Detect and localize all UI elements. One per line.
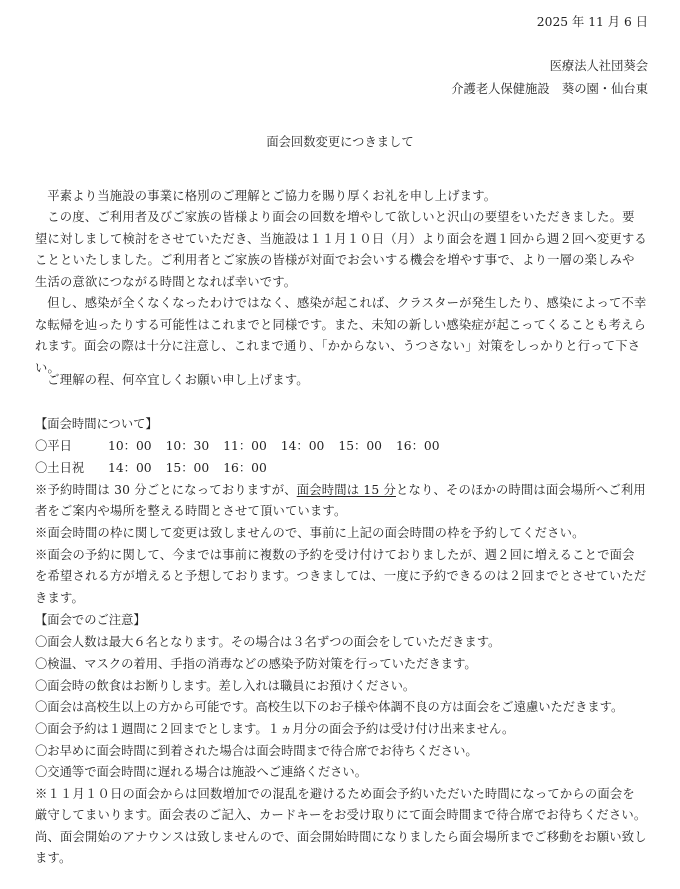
precaution-item: 〇検温、マスクの着用、手指の消毒などの感染予防対策を行っていただきます。 <box>35 654 647 674</box>
reservation-limit-note: ※面会の予約に関して、今までは事前に複数の予約を受け付けておりましたが、週２回に… <box>35 545 647 609</box>
precaution-item: 〇面会予約は１週間に２回までとします。１ヵ月分の面会予約は受け付け出来ません。 <box>35 719 647 739</box>
time-slot: 15：00 <box>166 458 210 478</box>
organization-name: 医療法人社団葵会 <box>550 56 648 74</box>
infection-caution-paragraph: 但し、感染が全くなくなったわけではなく、感染が起これば、クラスターが発生したり、… <box>35 293 647 379</box>
precaution-item: 〇交通等で面会時間に遅れる場合は施設へご連絡ください。 <box>35 762 647 782</box>
schedule-weekday: 〇平日 10：00 10：30 11：00 14：00 15：00 16：00 <box>35 436 647 456</box>
note-text: ※予約時間は 30 分ごとになっておりますが、 <box>35 483 297 497</box>
precautions-heading: 【面会でのご注意】 <box>35 610 647 630</box>
precaution-item: 〇面会時の飲食はお断りします。差し入れは職員にお預けください。 <box>35 676 647 696</box>
underlined-duration: 面会時間は 15 分 <box>297 483 396 497</box>
closing-paragraph: ご理解の程、何卒宜しくお願い申し上げます。 <box>35 370 647 392</box>
document-date: 2025 年 11 月 6 日 <box>537 12 648 30</box>
precaution-item: 〇面会は高校生以上の方から可能です。高校生以下のお子様や体調不良の方は面会をご遠… <box>35 697 647 717</box>
time-slot: 10：30 <box>166 436 210 456</box>
schedule-day-label: 〇土日祝 <box>35 458 108 478</box>
strict-timing-note: ※１１月１０日の面会からは回数増加での混乱を避けるため面会予約いただいた時間にな… <box>35 784 647 869</box>
facility-name: 介護老人保健施設 葵の園・仙台東 <box>451 79 648 97</box>
announcement-paragraph: この度、ご利用者及びご家族の皆様より面会の回数を増やして欲しいと沢山の要望をいた… <box>35 207 647 293</box>
time-slot: 14：00 <box>108 458 152 478</box>
slot-change-note: ※面会時間の枠に関して変更は致しませんので、事前に上記の面会時間の枠を予約してく… <box>35 523 647 544</box>
schedule-day-label: 〇平日 <box>35 436 108 456</box>
visiting-duration-note: ※予約時間は 30 分ごとになっておりますが、面会時間は 15 分となり、そのほ… <box>35 480 647 523</box>
greeting-paragraph: 平素より当施設の事業に格別のご理解とご協力を賜り厚くお礼を申し上げます。 <box>35 186 647 208</box>
time-slot: 16：00 <box>396 436 440 456</box>
time-slot: 16：00 <box>223 458 267 478</box>
time-slot: 10：00 <box>108 436 152 456</box>
visiting-hours-heading: 【面会時間について】 <box>35 414 647 434</box>
time-slot: 14：00 <box>281 436 325 456</box>
time-slot: 11：00 <box>223 436 267 456</box>
schedule-weekend-holiday: 〇土日祝 14：00 15：00 16：00 <box>35 458 647 478</box>
notice-document: 2025 年 11 月 6 日 医療法人社団葵会 介護老人保健施設 葵の園・仙台… <box>0 0 680 889</box>
document-title: 面会回数変更につきまして <box>0 132 680 150</box>
precaution-item: 〇面会人数は最大６名となります。その場合は３名ずつの面会をしていただきます。 <box>35 632 647 652</box>
precaution-item: 〇お早めに面会時間に到着された場合は面会時間まで待合席でお待ちください。 <box>35 741 647 761</box>
time-slot: 15：00 <box>338 436 382 456</box>
